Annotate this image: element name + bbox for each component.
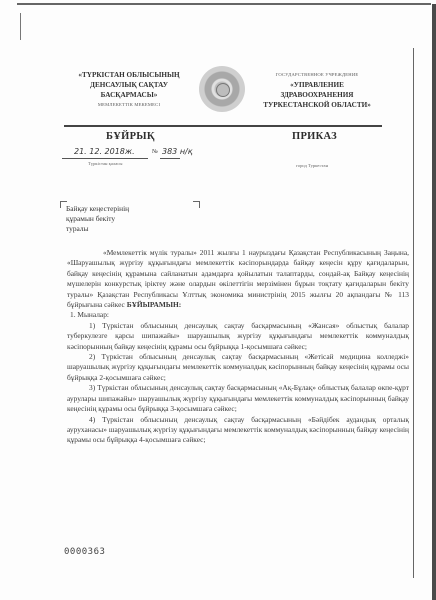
subject-line1: Байқау кеңестерінің xyxy=(66,204,129,214)
title-ru: ПРИКАЗ xyxy=(292,131,337,142)
document-serial: 0000363 xyxy=(64,547,105,557)
title-kz: БҰЙРЫҚ xyxy=(106,131,155,142)
subject-line3: туралы xyxy=(66,224,129,234)
item-1-label: 1. Мыналар: xyxy=(67,310,409,320)
subject-bracket-right xyxy=(193,201,200,208)
order-body: «Мемлекеттік мүлік туралы» 2011 жылғы 1 … xyxy=(67,248,409,446)
place-kz: Түркістан қаласы xyxy=(88,161,122,166)
scan-left-mark xyxy=(20,13,21,40)
decree-word: БҰЙЫРАМЫН: xyxy=(127,300,182,309)
org-ru-line2: «УПРАВЛЕНИЕ xyxy=(252,80,382,90)
org-kz-line2: ДЕНСАУЛЫҚ САҚТАУ xyxy=(64,80,194,90)
subitem-4: 4) Түркістан облысының денсаулық сақтау … xyxy=(67,415,409,446)
preamble-text: «Мемлекеттік мүлік туралы» 2011 жылғы 1 … xyxy=(67,248,409,309)
state-emblem-icon xyxy=(199,66,245,112)
org-name-kz: «ТҮРКІСТАН ОБЛЫСЫНЫҢ ДЕНСАУЛЫҚ САҚТАУ БА… xyxy=(64,70,194,110)
org-ru-line1: ГОСУДАРСТВЕННОЕ УЧРЕЖДЕНИЕ xyxy=(252,70,382,80)
org-ru-line4: ТУРКЕСТАНСКОЙ ОБЛАСТИ» xyxy=(252,100,382,110)
number-sign: № xyxy=(152,149,158,155)
number-underline xyxy=(160,158,180,159)
org-kz-line1: «ТҮРКІСТАН ОБЛЫСЫНЫҢ xyxy=(64,70,194,80)
preamble: «Мемлекеттік мүлік туралы» 2011 жылғы 1 … xyxy=(67,248,409,310)
header-divider xyxy=(64,125,382,127)
scan-top-border xyxy=(17,3,431,5)
date-underline xyxy=(62,158,148,159)
org-name-ru: ГОСУДАРСТВЕННОЕ УЧРЕЖДЕНИЕ «УПРАВЛЕНИЕ З… xyxy=(252,70,382,110)
order-number: 383 н/қ xyxy=(162,147,193,156)
subject-line2: құрамын бекіту xyxy=(66,214,129,224)
org-kz-line3: БАСҚАРМАСЫ» xyxy=(64,90,194,100)
order-subject: Байқау кеңестерінің құрамын бекіту турал… xyxy=(66,204,129,234)
subitem-3: 3) Түркістан облысының денсаулық сақтау … xyxy=(67,383,409,414)
subitem-1: 1) Түркістан облысының денсаулық сақтау … xyxy=(67,321,409,352)
place-ru: город Туркестан xyxy=(296,163,328,168)
order-date: 21. 12. 2018ж. xyxy=(74,147,135,156)
scan-right-border xyxy=(432,4,436,600)
subitem-2: 2) Түркістан облысының денсаулық сақтау … xyxy=(67,352,409,383)
page-right-edge xyxy=(413,48,414,578)
org-ru-line3: ЗДРАВООХРАНЕНИЯ xyxy=(252,90,382,100)
org-kz-line4: МЕМЛЕКЕТТІК МЕКЕМЕСІ xyxy=(64,100,194,110)
